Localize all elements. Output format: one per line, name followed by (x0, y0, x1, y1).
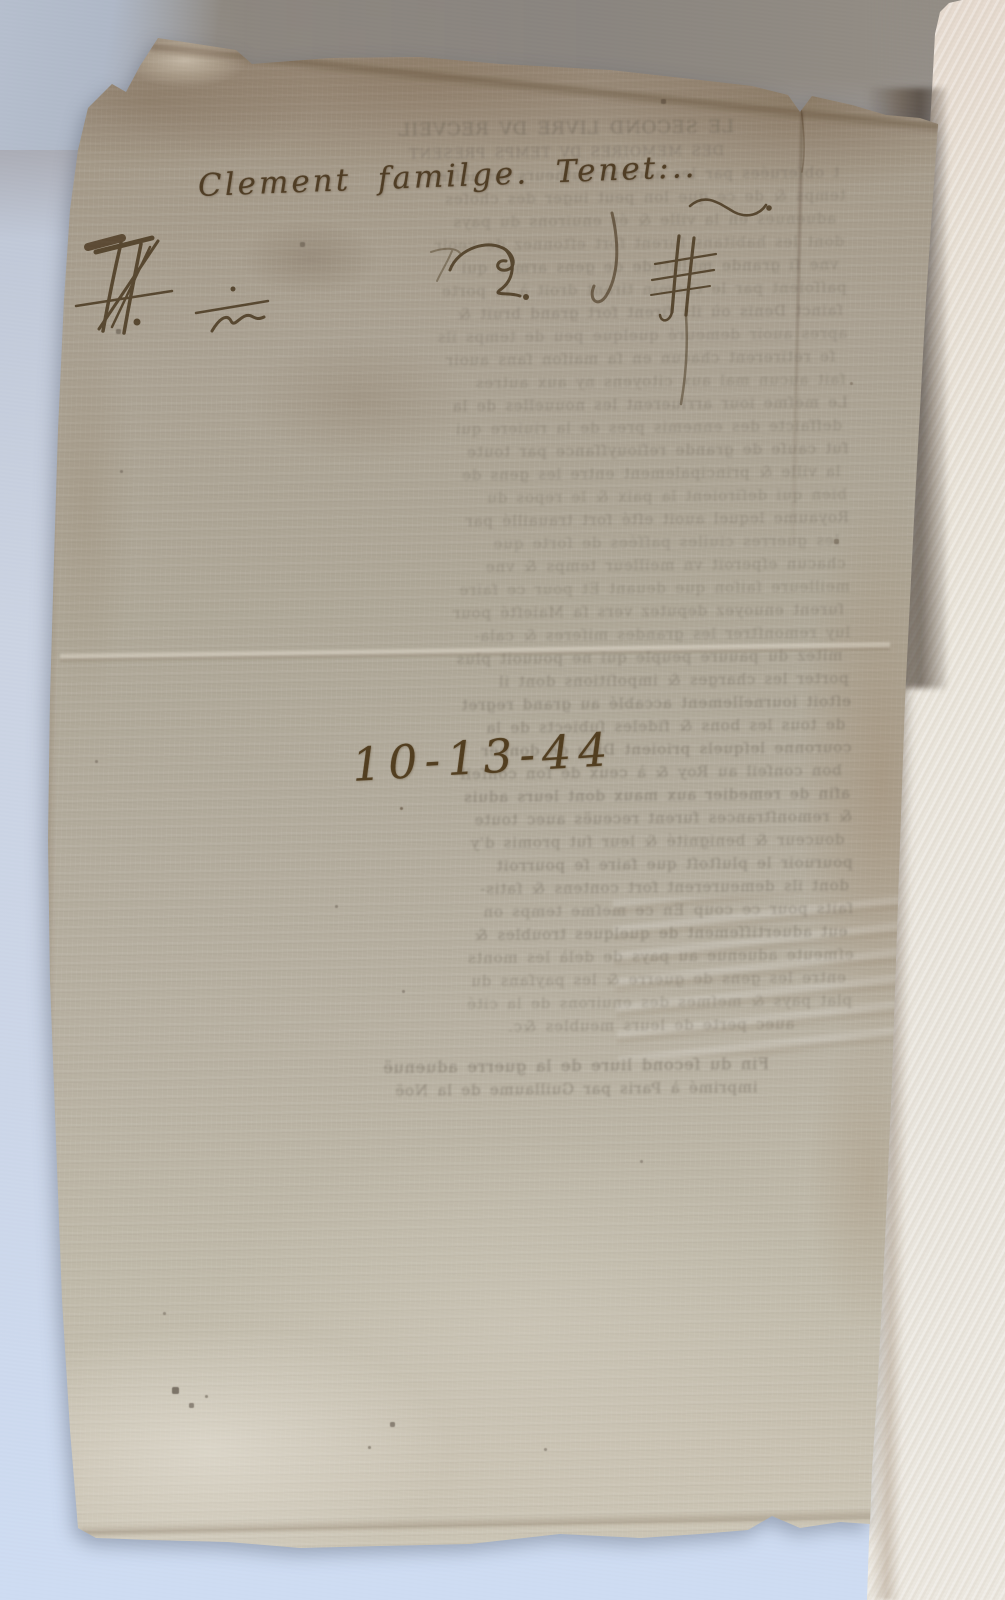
ghost-text-line: auec perte de leurs meubles &c. (296, 1013, 794, 1041)
ghost-text-line: imprimé à Paris par Guillaume de la Noë (297, 1075, 855, 1104)
photo-of-antique-book-page: LE SECOND LIVRE DV RECVEILDES MEMOIRES D… (0, 0, 1005, 1600)
foxing-spots (0, 0, 1, 1)
book-leaf-wrapper: LE SECOND LIVRE DV RECVEILDES MEMOIRES D… (0, 0, 1005, 1600)
ghost-text: LE SECOND LIVRE DV RECVEILDES MEMOIRES D… (287, 113, 855, 1104)
page-bottom-edge-shadow (80, 1509, 875, 1535)
hash-pen-trial-mark (76, 238, 172, 333)
overlined-n-mark (196, 287, 268, 332)
page-left-edge-shadow (42, 110, 61, 1530)
book-leaf: LE SECOND LIVRE DV RECVEILDES MEMOIRES D… (0, 0, 1005, 1600)
